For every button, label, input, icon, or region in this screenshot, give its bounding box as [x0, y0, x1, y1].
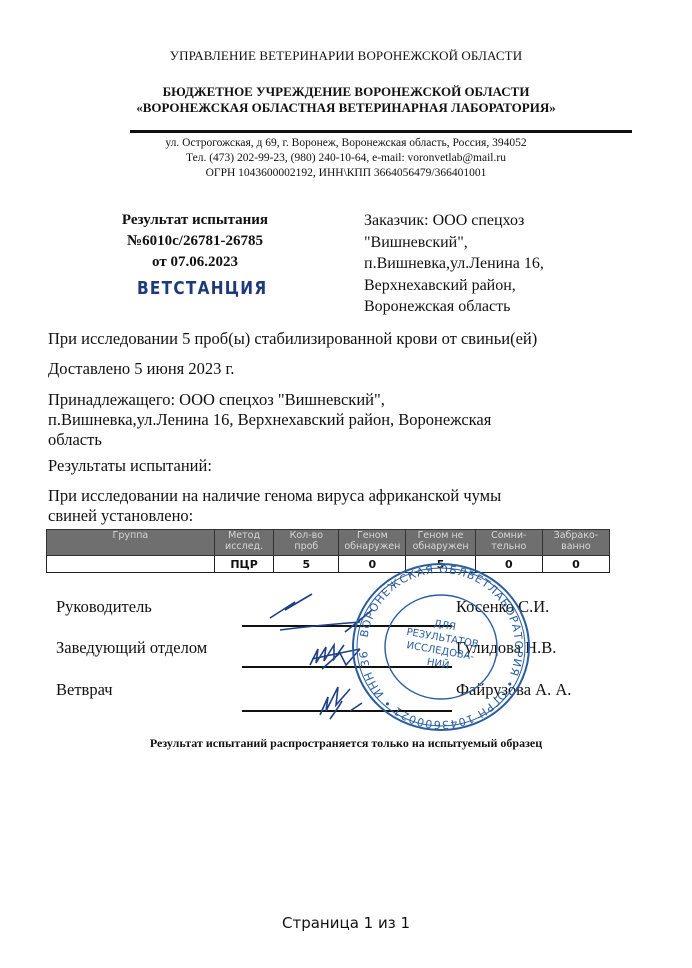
signature-role: Ветврач — [56, 680, 113, 700]
header-divider — [130, 130, 632, 133]
table-header-row: Группа Методисслед. Кол-во проб Геномобн… — [47, 530, 610, 556]
laboratory-seal-icon: ВОРОНЕЖСКАЯ ОБЛВЕТЛАБОРАТОРИЯ • ОГРН 104… — [346, 560, 536, 735]
signature-role: Заведующий отделом — [56, 638, 207, 658]
result-identifier: Результат испытания №6010с/26781-26785 о… — [60, 210, 330, 273]
header-genome-not-detected: Геном необнаружен — [406, 530, 475, 556]
customer-line: Заказчик: ООО спецхоз — [364, 210, 664, 232]
agency-title: УПРАВЛЕНИЕ ВЕТЕРИНАРИИ ВОРОНЕЖСКОЙ ОБЛАС… — [0, 48, 692, 64]
finding-text: При исследовании на наличие генома вирус… — [48, 486, 658, 526]
results-label: Результаты испытаний: — [48, 456, 658, 476]
study-description: При исследовании 5 проб(ы) стабилизирова… — [48, 329, 658, 349]
cell-group — [47, 556, 215, 573]
address: ул. Острогожская, д 69, г. Воронеж, Воро… — [0, 136, 692, 151]
header-rejected: Забрако-ванно — [542, 530, 609, 556]
header-method: Методисслед. — [214, 530, 274, 556]
result-date: от 07.06.2023 — [60, 252, 330, 273]
customer-line: п.Вишневка,ул.Ленина 16, — [364, 253, 664, 275]
organization-name: БЮДЖЕТНОЕ УЧРЕЖДЕНИЕ ВОРОНЕЖСКОЙ ОБЛАСТИ… — [0, 84, 692, 116]
header-genome-detected: Геномобнаружен — [339, 530, 406, 556]
registration-numbers: ОГРН 1043600002192, ИНН\КПП 3664056479/3… — [0, 166, 692, 181]
phone-email: Тел. (473) 202-99-23, (980) 240-10-64, e… — [0, 151, 692, 166]
result-title: Результат испытания — [60, 210, 330, 231]
finding-line: При исследовании на наличие генома вирус… — [48, 486, 658, 506]
signature-role: Руководитель — [56, 597, 152, 617]
header-group: Группа — [47, 530, 215, 556]
cell-sample-count: 5 — [274, 556, 339, 573]
delivery-date: Доставлено 5 июня 2023 г. — [48, 359, 658, 379]
vetstation-stamp: ВЕТСТАНЦИЯ — [137, 278, 267, 299]
owner-line: Принадлежащего: ООО спецхоз "Вишневский"… — [48, 390, 658, 410]
owner-line: п.Вишневка,ул.Ленина 16, Верхнехавский р… — [48, 410, 658, 430]
finding-line: свиней установлено: — [48, 506, 658, 526]
header-sample-count: Кол-во проб — [274, 530, 339, 556]
customer-line: Верхнехавский район, — [364, 275, 664, 297]
contact-block: ул. Острогожская, д 69, г. Воронеж, Воро… — [0, 136, 692, 181]
footnote: Результат испытаний распространяется тол… — [0, 736, 692, 751]
result-number: №6010с/26781-26785 — [60, 231, 330, 252]
org-line-2: «ВОРОНЕЖСКАЯ ОБЛАСТНАЯ ВЕТЕРИНАРНАЯ ЛАБО… — [0, 100, 692, 116]
header-doubtful: Сомни-тельно — [475, 530, 542, 556]
cell-method: ПЦР — [214, 556, 274, 573]
customer-block: Заказчик: ООО спецхоз "Вишневский", п.Ви… — [364, 210, 664, 318]
cell-rejected: 0 — [542, 556, 609, 573]
customer-line: "Вишневский", — [364, 232, 664, 254]
page-number: Страница 1 из 1 — [0, 914, 692, 932]
customer-line: Воронежская область — [364, 296, 664, 318]
owner-block: Принадлежащего: ООО спецхоз "Вишневский"… — [48, 390, 658, 450]
org-line-1: БЮДЖЕТНОЕ УЧРЕЖДЕНИЕ ВОРОНЕЖСКОЙ ОБЛАСТИ — [0, 84, 692, 100]
owner-line: область — [48, 430, 658, 450]
